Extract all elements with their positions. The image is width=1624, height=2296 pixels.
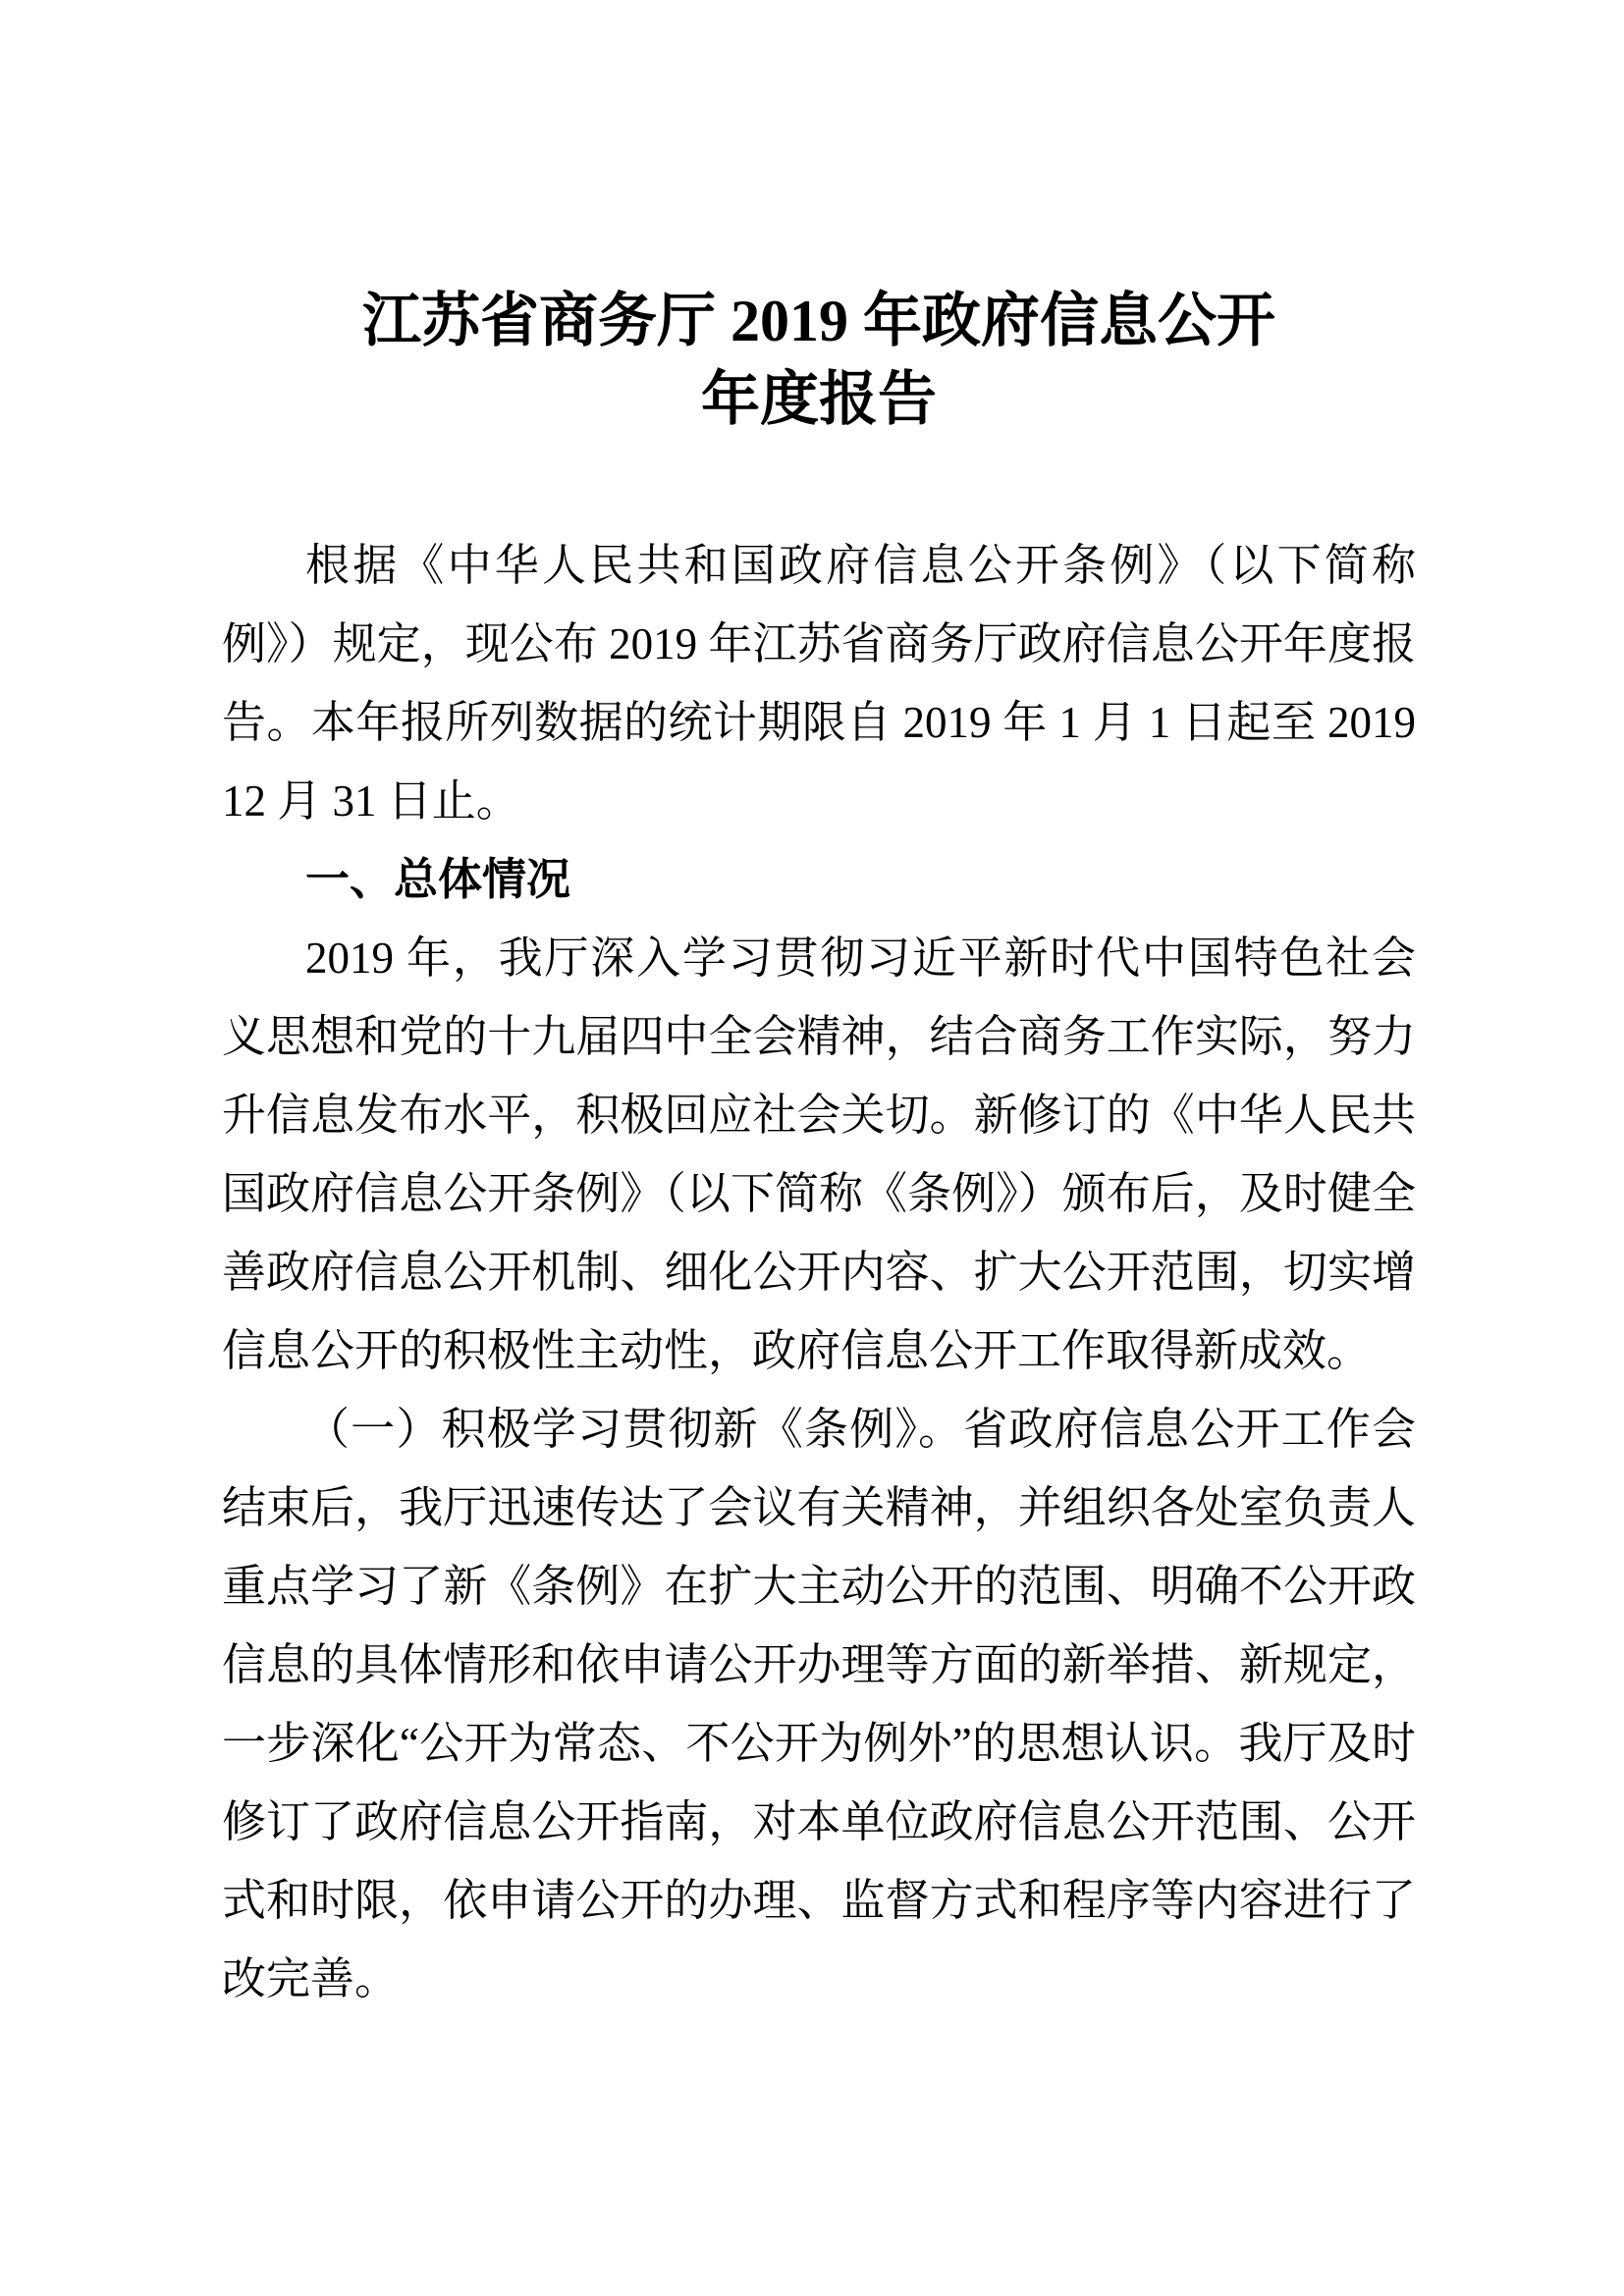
paragraph-overall-situation: 2019 年，我厅深入学习贯彻习近平新时代中国特色社会主义思想和党的十九届四中全… [222,919,1416,1390]
text-line: 告。本年报所列数据的统计期限自 2019 年 1 月 1 日起至 2019 年 [222,683,1416,762]
text-line: 一、总体情况 [222,840,1416,919]
text-line: 改完善。 [222,1940,1416,2018]
text-line: 结束后，我厅迅速传达了会议有关精神，并组织各处室负责人员 [222,1468,1416,1547]
text-line: 重点学习了新《条例》在扩大主动公开的范围、明确不公开政府 [222,1547,1416,1626]
document-title-line-2: 年度报告 [222,360,1416,439]
text-line: 信息的具体情形和依申请公开办理等方面的新举措、新规定，进 [222,1626,1416,1704]
text-line: 例》）规定，现公布 2019 年江苏省商务厅政府信息公开年度报 [222,605,1416,683]
text-line: 升信息发布水平，积极回应社会关切。新修订的《中华人民共和 [222,1076,1416,1154]
text-line: 2019 年，我厅深入学习贯彻习近平新时代中国特色社会主 [222,919,1416,997]
document-title-line-1: 江苏省商务厅 2019 年政府信息公开 [222,282,1416,360]
paragraph-intro: 根据《中华人民共和国政府信息公开条例》（以下简称《条例》）规定，现公布 2019… [222,526,1416,840]
text-line: （一）积极学习贯彻新《条例》。省政府信息公开工作会议 [222,1390,1416,1468]
document-body: 根据《中华人民共和国政府信息公开条例》（以下简称《条例》）规定，现公布 2019… [222,526,1416,2018]
text-line: 一步深化“公开为常态、不公开为例外”的思想认识。我厅及时 [222,1704,1416,1783]
document-title: 江苏省商务厅 2019 年政府信息公开 年度报告 [222,282,1416,439]
text-line: 根据《中华人民共和国政府信息公开条例》（以下简称《条 [222,526,1416,605]
text-line: 信息公开的积极性主动性，政府信息公开工作取得新成效。 [222,1311,1416,1390]
document-content: 江苏省商务厅 2019 年政府信息公开 年度报告 根据《中华人民共和国政府信息公… [222,282,1416,2018]
text-line: 善政府信息公开机制、细化公开内容、扩大公开范围，切实增强 [222,1233,1416,1311]
paragraph-subsection-1-study-new-regulation: （一）积极学习贯彻新《条例》。省政府信息公开工作会议结束后，我厅迅速传达了会议有… [222,1390,1416,2018]
document-page: 江苏省商务厅 2019 年政府信息公开 年度报告 根据《中华人民共和国政府信息公… [0,0,1624,2296]
text-line: 义思想和党的十九届四中全会精神，结合商务工作实际，努力提 [222,997,1416,1076]
text-line: 国政府信息公开条例》（以下简称《条例》）颁布后，及时健全完 [222,1154,1416,1233]
text-line: 修订了政府信息公开指南，对本单位政府信息公开范围、公开形 [222,1783,1416,1861]
text-line: 式和时限，依申请公开的办理、监督方式和程序等内容进行了修 [222,1861,1416,1940]
section-heading-overall-situation: 一、总体情况 [222,840,1416,919]
text-line: 12 月 31 日止。 [222,762,1416,840]
